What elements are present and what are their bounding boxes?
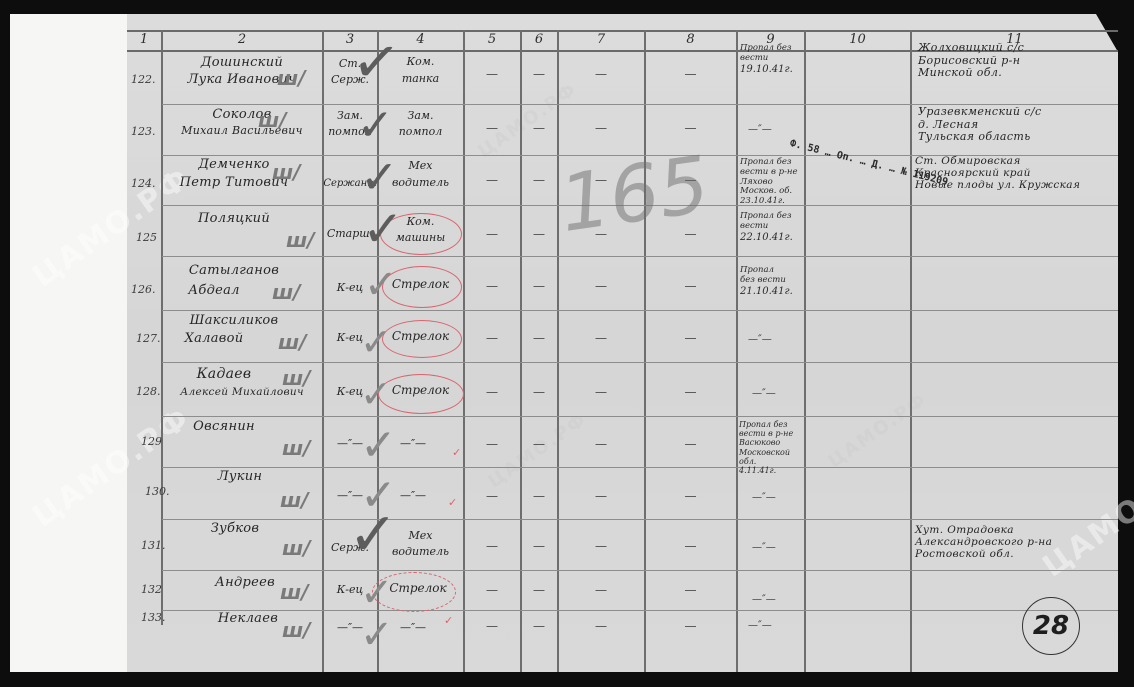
given-names: Абдеал [164,284,264,299]
col-divider [910,30,912,672]
fate-line: вести [740,54,804,64]
address-line: Минской обл. [918,67,1113,80]
fate-line: 19.10.41г. [740,64,804,76]
red-check-icon: ✓ [448,496,457,509]
row-divider [162,467,1118,468]
address-line: Жолховицкий с/с [918,42,1113,55]
col6-value: — [521,332,557,346]
fate-note: Пропал без вести в р-не Васюково Московс… [739,420,805,475]
col7-value: — [558,68,644,82]
col8-value: — [645,438,736,452]
row-number: 131. [141,540,166,553]
address-line: Ст. Обмировская [915,155,1115,167]
col5-value: — [464,332,520,346]
red-circle-mark [382,320,462,358]
row-number: 122. [131,74,156,87]
page-number: 28 [1033,611,1069,641]
col6-value: — [521,386,557,400]
col6-value: — [521,68,557,82]
pencil-checkmark-icon: ✓ [360,320,392,364]
col6-value: — [521,280,557,294]
col8-value: — [645,584,736,598]
col6-value: — [521,438,557,452]
fate-line: 22.10.41г. [740,232,804,244]
col7-value: — [558,332,644,346]
column-header-2: 2 [162,32,322,50]
fate-line: 21.10.41г. [740,286,804,298]
col-divider [161,30,163,625]
col5-value: — [464,68,520,82]
pencil-checkmark-icon: ✓ [360,420,397,471]
col7-value: — [558,122,644,136]
column-header-5: 5 [464,32,520,50]
pencil-checkmark-icon: ✓ [349,26,404,99]
row-divider [162,256,1118,257]
row-divider [162,610,1118,611]
home-address: Хут. Отрадовка Александровского р-на Рос… [915,524,1115,560]
col6-value: — [521,620,557,634]
col5-value: — [464,228,520,242]
col8-value: — [645,332,736,346]
surname: Зубков [185,522,285,537]
fate-note: —″— [752,542,804,554]
col-divider [736,30,738,672]
column-header-10: 10 [805,32,910,50]
col7-value: — [558,620,644,634]
fate-line: без вести [740,276,804,286]
address-line: Уразевкменский с/с [918,106,1113,119]
address-line: Тульская область [918,131,1113,144]
row-divider [162,310,1118,311]
col7-value: — [558,540,644,554]
pencil-checkmark-icon: ✓ [360,372,392,416]
col7-value: — [558,280,644,294]
col6-value: — [521,228,557,242]
col7-value: — [558,490,644,504]
pencil-mark: ш/ [286,228,315,252]
col5-value: — [464,280,520,294]
home-address: Уразевкменский с/с д. Лесная Тульская об… [918,106,1113,144]
pencil-mark: ш/ [282,436,311,460]
fate-note: —″— [748,334,804,346]
fate-line: вести [740,222,804,232]
fate-line: Пропал без [739,420,805,429]
surname: Сатылганов [164,264,304,279]
fate-note: Пропал без вести 22.10.41г. [740,212,804,243]
col8-value: — [645,386,736,400]
col5-value: — [464,490,520,504]
row-number: 128. [136,386,161,399]
pencil-mark: ш/ [277,66,306,90]
row-divider [162,519,1118,520]
fate-note: —″— [752,594,804,606]
pencil-checkmark-icon: ✓ [357,100,394,151]
row-divider [162,362,1118,363]
col8-value: — [645,122,736,136]
fate-ditto: —″— [748,620,804,632]
col8-value: — [645,620,736,634]
row-number: 127. [136,333,161,346]
col7-value: — [558,438,644,452]
col5-value: — [464,386,520,400]
fate-ditto: —″— [752,594,804,606]
fate-note: —″— [752,388,804,400]
col8-value: — [645,280,736,294]
fate-note: —″— [752,492,804,504]
pencil-mark: ш/ [280,488,309,512]
pencil-checkmark-icon: ✓ [362,200,404,258]
fate-ditto: —″— [748,124,804,136]
fate-note: —″— [748,124,804,136]
home-address: Жолховицкий с/с Борисовский р-н Минской … [918,42,1113,80]
red-check-icon: ✓ [452,446,461,459]
pencil-checkmark-icon: ✓ [360,150,399,204]
row-number: 124. [131,178,156,191]
pencil-mark: ш/ [280,580,309,604]
red-check-icon: ✓ [444,614,453,627]
fate-note: Пропал без вести 19.10.41г. [740,44,804,75]
col5-value: — [464,540,520,554]
fate-ditto: —″— [748,334,804,346]
row-divider [162,416,1118,417]
address-line: Хут. Отрадовка [915,524,1115,536]
address-line: Ростовской обл. [915,548,1115,560]
pencil-mark: ш/ [272,160,301,184]
col8-value: — [645,490,736,504]
fate-line: Московской обл. [739,448,805,466]
surname: Овсянин [164,420,284,435]
surname: Поляцкий [164,212,304,227]
fate-note: Пропал без вести 21.10.41г. [740,266,804,297]
surname: Соколов [164,108,320,123]
fate-ditto: —″— [752,388,804,400]
col-divider [804,30,806,672]
row-divider [162,570,1118,571]
column-header-1: 1 [127,32,161,50]
fate-note: —″— [748,620,804,632]
pencil-checkmark-icon: ✓ [360,570,394,616]
given-names: Михаил Васильевич [164,125,320,138]
col8-value: — [645,540,736,554]
col5-value: — [464,438,520,452]
row-number: 126. [131,284,156,297]
fate-note: Пропал без вести в р-не Ляхово Москов. о… [740,158,804,207]
pencil-mark: ш/ [258,108,287,132]
pencil-checkmark-icon: ✓ [360,612,394,658]
col8-value: — [645,68,736,82]
row-number: 132 [141,584,162,597]
fate-ditto: —″— [752,492,804,504]
row-number: 123. [131,126,156,139]
column-header-6: 6 [521,32,557,50]
page-number-seal: 28 [1022,597,1080,655]
column-header-7: 7 [558,32,644,50]
pencil-mark: ш/ [282,366,311,390]
fate-line: вести в р-не [739,429,805,438]
col6-value: — [521,540,557,554]
col6-value: — [521,122,557,136]
col6-value: — [521,584,557,598]
col6-value: — [521,174,557,188]
surname: Шаксиликов [164,314,304,329]
col5-value: — [464,122,520,136]
fate-ditto: —″— [752,542,804,554]
row-number: 129 [141,436,162,449]
pencil-checkmark-icon: ✓ [348,500,398,570]
pencil-mark: ш/ [282,536,311,560]
fate-line: 4.11.41г. [739,466,805,475]
col5-value: — [464,620,520,634]
surname: Лукин [190,470,290,485]
pencil-mark: ш/ [272,280,301,304]
col7-value: — [558,386,644,400]
pencil-mark: ш/ [278,330,307,354]
col5-value: — [464,174,520,188]
column-header-8: 8 [645,32,736,50]
col7-value: — [558,584,644,598]
col6-value: — [521,490,557,504]
col5-value: — [464,584,520,598]
surname: Кадаев [164,366,284,382]
row-number: 125 [136,232,157,245]
pencil-mark: ш/ [282,618,311,642]
pencil-checkmark-icon: ✓ [364,262,398,308]
fate-line: Васюково [739,438,805,447]
address-line: Александровского р-на [915,536,1115,548]
fate-line: 23.10.41г. [740,197,804,207]
row-number: 133. [141,612,166,625]
row-number: 130. [145,486,170,499]
given-names: Халавой [164,332,264,347]
